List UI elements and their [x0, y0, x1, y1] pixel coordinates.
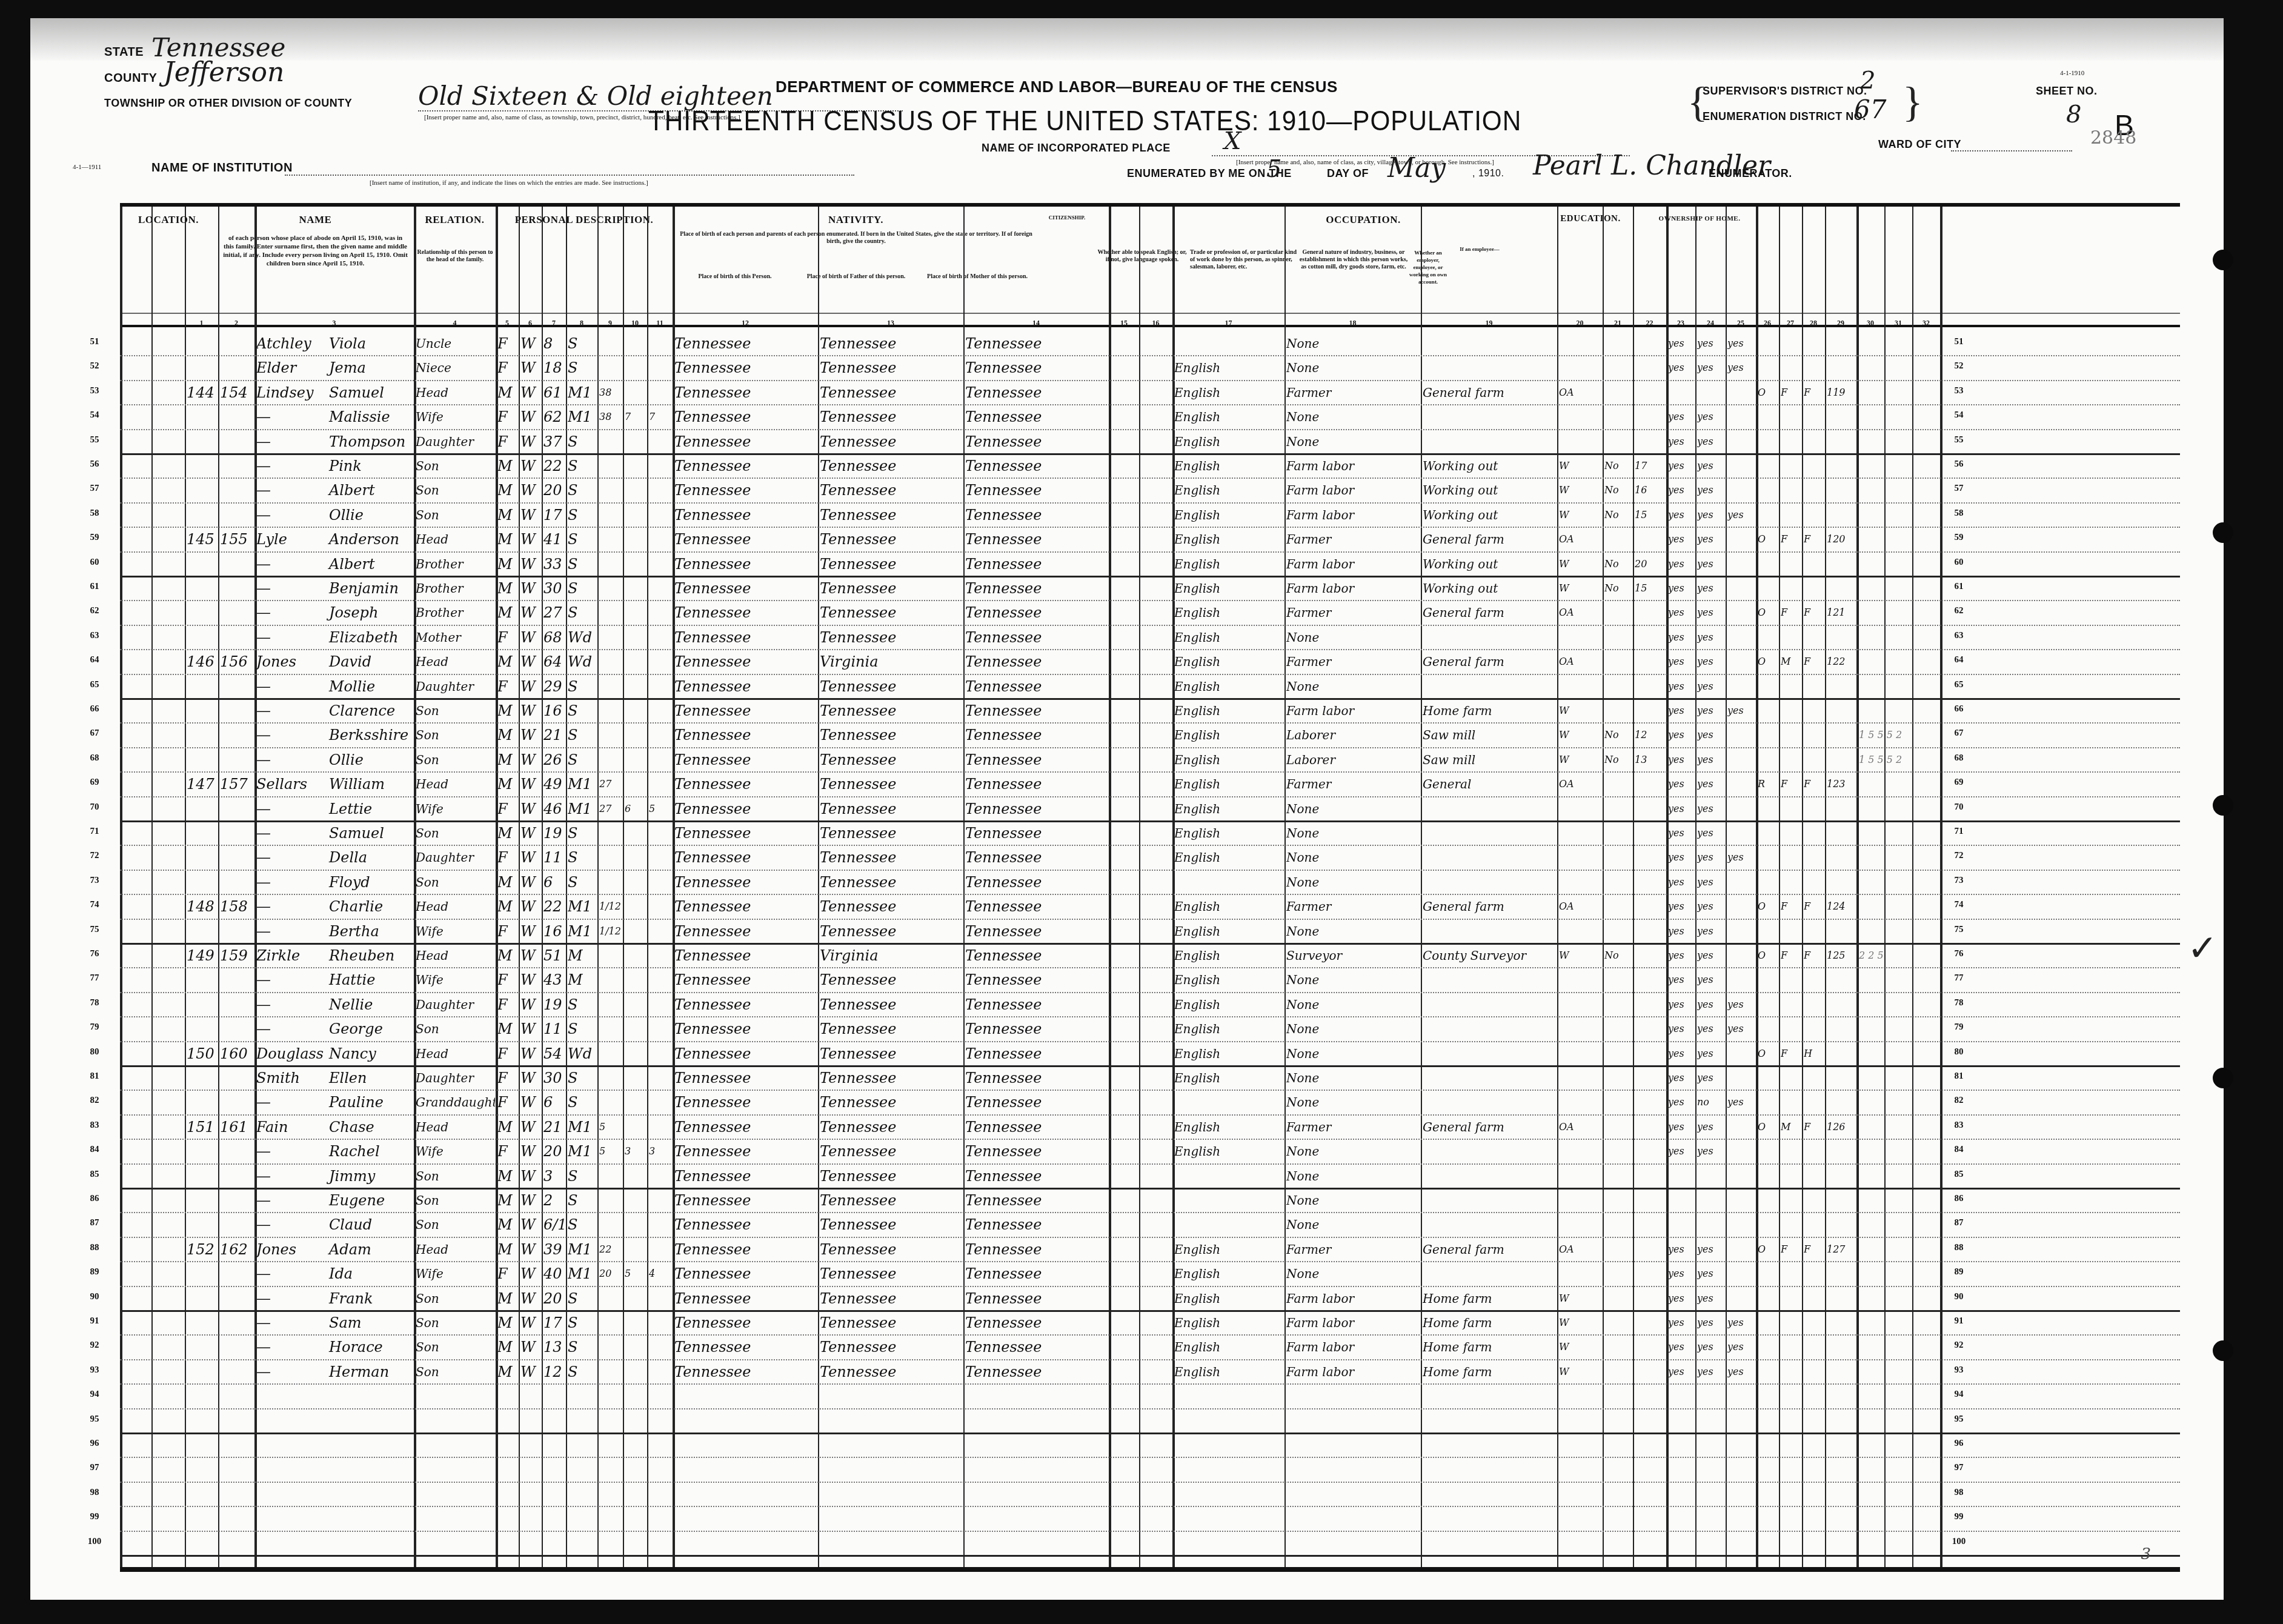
- sex-cell: M: [497, 944, 518, 967]
- column-divider: [1726, 207, 1727, 1567]
- pob-mother-cell: Tennessee: [965, 1213, 1108, 1236]
- read-cell: yes: [1668, 626, 1695, 649]
- school-cell: yes: [1727, 1360, 1755, 1383]
- enumerator-label: ENUMERATOR.: [1709, 167, 1792, 180]
- sex-cell: M: [497, 1360, 518, 1383]
- relation-cell: Son: [416, 454, 495, 478]
- pob-mother-cell: Tennessee: [965, 748, 1108, 771]
- census-title: THIRTEENTH CENSUS OF THE UNITED STATES: …: [648, 104, 1521, 137]
- trade-cell: Farmer: [1286, 895, 1420, 918]
- trade-cell: Surveyor: [1286, 944, 1420, 967]
- pob-cell: Tennessee: [674, 479, 817, 502]
- line-number: 80: [1947, 1047, 1971, 1057]
- pob-mother-cell: Tennessee: [965, 381, 1108, 404]
- emp-cell: W: [1559, 577, 1602, 600]
- out-work-cell: No: [1604, 944, 1632, 967]
- year-suffix: , 1910.: [1472, 168, 1504, 179]
- name-cell: —Lettie: [256, 797, 413, 820]
- age-cell: 40: [543, 1262, 565, 1285]
- dwelling-cell: 149: [187, 944, 218, 967]
- yrs-married-cell: 38: [599, 405, 622, 428]
- relation-cell: Daughter: [416, 993, 495, 1016]
- census-sheet: STATE Tennessee COUNTY Jefferson TOWNSHI…: [30, 18, 2224, 1600]
- relation-cell: Son: [416, 1360, 495, 1383]
- ward-label: WARD OF CITY: [1878, 138, 1961, 151]
- born-cell: 7: [625, 405, 646, 428]
- line-number: 55: [1947, 435, 1971, 445]
- name-cell: —Claud: [256, 1213, 413, 1236]
- line-number: 64: [82, 655, 107, 665]
- name-cell: DouglassNancy: [256, 1042, 413, 1065]
- relation-cell: Wife: [416, 920, 495, 943]
- relation-cell: Head: [416, 773, 495, 796]
- pob-father-cell: Tennessee: [820, 1091, 963, 1114]
- sex-cell: M: [497, 454, 518, 478]
- pob-mother-cell: Tennessee: [965, 405, 1108, 428]
- trade-cell: Farmer: [1286, 773, 1420, 796]
- free-mort-cell: F: [1781, 773, 1801, 796]
- pob-father-cell: Tennessee: [820, 626, 963, 649]
- write-cell: no: [1697, 1091, 1725, 1114]
- surname: —: [256, 871, 329, 894]
- school-cell: yes: [1727, 699, 1755, 722]
- write-cell: yes: [1697, 724, 1725, 747]
- pob-father-cell: Tennessee: [820, 1140, 963, 1163]
- trade-cell: Farm labor: [1286, 577, 1420, 600]
- sex-cell: M: [497, 553, 518, 576]
- out-work-cell: No: [1604, 553, 1632, 576]
- given-name: Elizabeth: [329, 629, 399, 646]
- race-cell: W: [520, 626, 541, 649]
- pob-mother-cell: Tennessee: [965, 1017, 1108, 1040]
- english-cell: English: [1174, 1287, 1284, 1310]
- surname: —: [256, 430, 329, 453]
- age-cell: 68: [543, 626, 565, 649]
- race-cell: W: [520, 332, 541, 355]
- race-cell: W: [520, 381, 541, 404]
- name-cell: —Sam: [256, 1311, 413, 1334]
- line-number: 53: [1947, 386, 1971, 396]
- trade-cell: None: [1286, 1091, 1420, 1114]
- pob-father-cell: Tennessee: [820, 846, 963, 869]
- department-title: DEPARTMENT OF COMMERCE AND LABOR—BUREAU …: [776, 78, 1338, 96]
- line-number: 73: [82, 876, 107, 886]
- given-name: Hattie: [329, 971, 375, 988]
- trade-cell: Farmer: [1286, 650, 1420, 673]
- pob-cell: Tennessee: [674, 1189, 817, 1212]
- farm-sched-cell: 124: [1827, 895, 1856, 918]
- scan-shadow: [30, 18, 2224, 61]
- given-name: Albert: [329, 482, 375, 499]
- pob-mother-cell: Tennessee: [965, 822, 1108, 845]
- sex-cell: F: [497, 1091, 518, 1114]
- pob-father-cell: Tennessee: [820, 454, 963, 478]
- industry-cell: Working out: [1423, 504, 1557, 527]
- relation-cell: Son: [416, 748, 495, 771]
- name-cell: —Jimmy: [256, 1165, 413, 1188]
- race-cell: W: [520, 968, 541, 991]
- pob-father-cell: Virginia: [820, 944, 963, 967]
- trade-cell: Farmer: [1286, 1238, 1420, 1261]
- section-ownership: OWNERSHIP OF HOME.: [1642, 215, 1757, 222]
- pob-cell: Tennessee: [674, 504, 817, 527]
- given-name: Charlie: [329, 898, 383, 915]
- surname: —: [256, 675, 329, 698]
- column-divider: [151, 207, 153, 1567]
- column-number: 1: [185, 319, 218, 328]
- surname: —: [256, 846, 329, 869]
- column-number: 30: [1856, 319, 1884, 328]
- emp-cell: W: [1559, 1311, 1602, 1334]
- given-name: Viola: [329, 335, 366, 352]
- own-cell: O: [1758, 1116, 1778, 1139]
- sex-cell: F: [497, 993, 518, 1016]
- marital-cell: S: [568, 1213, 597, 1236]
- pob-cell: Tennessee: [674, 650, 817, 673]
- pob-cell: Tennessee: [674, 1238, 817, 1261]
- surname: Elder: [256, 356, 329, 379]
- trade-cell: None: [1286, 871, 1420, 894]
- line-number: 67: [82, 728, 107, 739]
- read-cell: yes: [1668, 1116, 1695, 1139]
- sex-cell: M: [497, 1336, 518, 1359]
- relation-cell: Son: [416, 1287, 495, 1310]
- relation-cell: Son: [416, 1017, 495, 1040]
- marital-cell: S: [568, 332, 597, 355]
- trade-cell: None: [1286, 822, 1420, 845]
- english-cell: English: [1174, 699, 1284, 722]
- surname: —: [256, 920, 329, 943]
- row-rule: [120, 1383, 2180, 1385]
- surname: —: [256, 724, 329, 747]
- age-cell: 21: [543, 1116, 565, 1139]
- line-number: 96: [1947, 1439, 1971, 1449]
- section-location: LOCATION.: [120, 214, 217, 226]
- free-mort-cell: F: [1781, 944, 1801, 967]
- line-number: 82: [82, 1096, 107, 1106]
- sex-cell: M: [497, 381, 518, 404]
- column-divider: [1284, 207, 1286, 1567]
- pob-mother-cell: Tennessee: [965, 871, 1108, 894]
- pob-father-cell: Tennessee: [820, 773, 963, 796]
- industry-cell: Working out: [1423, 454, 1557, 478]
- dwelling-cell: 150: [187, 1042, 218, 1065]
- pob-mother-cell: Tennessee: [965, 1360, 1108, 1383]
- race-cell: W: [520, 479, 541, 502]
- sex-cell: F: [497, 430, 518, 453]
- race-cell: W: [520, 748, 541, 771]
- weeks-out-cell: 12: [1635, 724, 1666, 747]
- read-cell: yes: [1668, 993, 1695, 1016]
- sex-cell: M: [497, 699, 518, 722]
- read-cell: yes: [1668, 944, 1695, 967]
- relation-cell: Wife: [416, 1140, 495, 1163]
- pob-father-cell: Tennessee: [820, 1238, 963, 1261]
- pob-father-cell: Tennessee: [820, 968, 963, 991]
- family-cell: 159: [220, 944, 254, 967]
- read-cell: yes: [1668, 1017, 1695, 1040]
- line-number: 68: [82, 753, 107, 764]
- column-number: 13: [818, 319, 963, 328]
- column-number: 24: [1695, 319, 1726, 328]
- marital-cell: S: [568, 871, 597, 894]
- relation-cell: Son: [416, 504, 495, 527]
- section-citizenship: CITIZENSHIP.: [1039, 214, 1095, 221]
- enumerated-month: May: [1387, 153, 1446, 184]
- sex-cell: F: [497, 1262, 518, 1285]
- marital-cell: S: [568, 504, 597, 527]
- pob-father-cell: Virginia: [820, 650, 963, 673]
- farm-house-cell: F: [1804, 528, 1824, 551]
- line-number: 62: [1947, 606, 1971, 616]
- column-number: 31: [1884, 319, 1912, 328]
- read-cell: yes: [1668, 895, 1695, 918]
- dwelling-cell: 145: [187, 528, 218, 551]
- relation-cell: Son: [416, 1165, 495, 1188]
- row-rule: [120, 1433, 2180, 1434]
- header-c18: Trade or profession of, or particular ki…: [1190, 249, 1299, 271]
- line-number: 59: [82, 533, 107, 543]
- line-number: 65: [1947, 680, 1971, 690]
- name-cell: —Hattie: [256, 968, 413, 991]
- trade-cell: None: [1286, 797, 1420, 820]
- stamp-number: 2848: [2090, 127, 2136, 148]
- column-number: 21: [1603, 319, 1633, 328]
- marital-cell: Wd: [568, 626, 597, 649]
- line-number: 75: [82, 925, 107, 935]
- english-cell: English: [1174, 1017, 1284, 1040]
- write-cell: yes: [1697, 601, 1725, 624]
- marital-cell: S: [568, 430, 597, 453]
- english-cell: English: [1174, 993, 1284, 1016]
- write-cell: yes: [1697, 1116, 1725, 1139]
- column-divider: [566, 207, 567, 1567]
- write-cell: yes: [1697, 920, 1725, 943]
- trade-cell: Laborer: [1286, 724, 1420, 747]
- industry-cell: General farm: [1423, 1116, 1557, 1139]
- section-relation: RELATION.: [414, 214, 496, 226]
- pob-mother-cell: Tennessee: [965, 1336, 1108, 1359]
- race-cell: W: [520, 944, 541, 967]
- living-cell: 4: [649, 1262, 672, 1285]
- race-cell: W: [520, 1287, 541, 1310]
- line-number: 94: [82, 1389, 107, 1400]
- trade-cell: Farm labor: [1286, 699, 1420, 722]
- read-cell: yes: [1668, 748, 1695, 771]
- dwelling-cell: 152: [187, 1238, 218, 1261]
- pob-cell: Tennessee: [674, 1287, 817, 1310]
- trade-cell: None: [1286, 675, 1420, 698]
- pob-mother-cell: Tennessee: [965, 1165, 1108, 1188]
- margin-annotation: 2 2 5: [1859, 944, 1938, 967]
- pob-cell: Tennessee: [674, 1116, 817, 1139]
- race-cell: W: [520, 405, 541, 428]
- given-name: Della: [329, 849, 367, 866]
- sex-cell: M: [497, 1017, 518, 1040]
- race-cell: W: [520, 1091, 541, 1114]
- family-cell: 157: [220, 773, 254, 796]
- relation-cell: Wife: [416, 1262, 495, 1285]
- pob-father-cell: Tennessee: [820, 1165, 963, 1188]
- pob-cell: Tennessee: [674, 797, 817, 820]
- pob-mother-cell: Tennessee: [965, 920, 1108, 943]
- age-cell: 2: [543, 1189, 565, 1212]
- age-cell: 43: [543, 968, 565, 991]
- name-cell: —Della: [256, 846, 413, 869]
- section-name: NAME: [217, 214, 414, 226]
- line-number: 98: [82, 1488, 107, 1498]
- race-cell: W: [520, 1140, 541, 1163]
- pob-father-cell: Tennessee: [820, 1213, 963, 1236]
- header-employee-group: If an employee—: [1448, 245, 1511, 253]
- pob-cell: Tennessee: [674, 920, 817, 943]
- yrs-married-cell: 27: [599, 797, 622, 820]
- pob-cell: Tennessee: [674, 675, 817, 698]
- name-cell: —Pink: [256, 454, 413, 478]
- line-number: 92: [82, 1340, 107, 1351]
- column-divider: [542, 207, 543, 1567]
- emp-cell: W: [1559, 1360, 1602, 1383]
- english-cell: English: [1174, 479, 1284, 502]
- surname: —: [256, 1213, 329, 1236]
- pob-cell: Tennessee: [674, 748, 817, 771]
- name-cell: —Ollie: [256, 748, 413, 771]
- relation-cell: Brother: [416, 553, 495, 576]
- pob-cell: Tennessee: [674, 724, 817, 747]
- surname: —: [256, 748, 329, 771]
- line-number: 60: [82, 557, 107, 568]
- line-number: 83: [82, 1120, 107, 1131]
- name-cell: —Horace: [256, 1336, 413, 1359]
- english-cell: English: [1174, 356, 1284, 379]
- pob-cell: Tennessee: [674, 895, 817, 918]
- read-cell: yes: [1668, 553, 1695, 576]
- race-cell: W: [520, 1311, 541, 1334]
- english-cell: English: [1174, 1140, 1284, 1163]
- marital-cell: M1: [568, 1140, 597, 1163]
- race-cell: W: [520, 1042, 541, 1065]
- line-number: 87: [1947, 1218, 1971, 1228]
- surname: —: [256, 1336, 329, 1359]
- industry-cell: General farm: [1423, 650, 1557, 673]
- english-cell: English: [1174, 1042, 1284, 1065]
- school-cell: yes: [1727, 1311, 1755, 1334]
- emp-cell: OA: [1559, 601, 1602, 624]
- weeks-out-cell: 13: [1635, 748, 1666, 771]
- marital-cell: Wd: [568, 1042, 597, 1065]
- pob-father-cell: Tennessee: [820, 405, 963, 428]
- line-number: 81: [1947, 1071, 1971, 1082]
- relation-cell: Wife: [416, 968, 495, 991]
- pob-father-cell: Tennessee: [820, 553, 963, 576]
- line-number: 88: [82, 1243, 107, 1253]
- line-number: 97: [1947, 1463, 1971, 1473]
- trade-cell: None: [1286, 1017, 1420, 1040]
- read-cell: yes: [1668, 1336, 1695, 1359]
- line-number: 73: [1947, 876, 1971, 886]
- given-name: Malissie: [329, 408, 390, 425]
- relation-cell: Head: [416, 650, 495, 673]
- write-cell: yes: [1697, 1238, 1725, 1261]
- given-name: Bertha: [329, 923, 379, 940]
- sex-cell: F: [497, 626, 518, 649]
- surname: Lindsey: [256, 381, 329, 404]
- line-number: 51: [1947, 337, 1971, 347]
- emp-cell: OA: [1559, 528, 1602, 551]
- pob-mother-cell: Tennessee: [965, 724, 1108, 747]
- own-cell: R: [1758, 773, 1778, 796]
- trade-cell: Farm labor: [1286, 1360, 1420, 1383]
- industry-cell: County Surveyor: [1423, 944, 1557, 967]
- read-cell: yes: [1668, 675, 1695, 698]
- surname: —: [256, 1165, 329, 1188]
- pob-cell: Tennessee: [674, 1213, 817, 1236]
- line-number: 76: [82, 949, 107, 959]
- marital-cell: M1: [568, 405, 597, 428]
- english-cell: English: [1174, 797, 1284, 820]
- relation-cell: Son: [416, 724, 495, 747]
- line-number: 99: [82, 1512, 107, 1522]
- name-cell: —Clarence: [256, 699, 413, 722]
- dwelling-cell: 148: [187, 895, 218, 918]
- race-cell: W: [520, 1067, 541, 1090]
- industry-cell: General farm: [1423, 1238, 1557, 1261]
- surname: —: [256, 626, 329, 649]
- emp-cell: OA: [1559, 1116, 1602, 1139]
- write-cell: yes: [1697, 1287, 1725, 1310]
- line-number: 56: [82, 459, 107, 470]
- trade-cell: Farmer: [1286, 601, 1420, 624]
- marital-cell: S: [568, 1311, 597, 1334]
- line-number: 74: [82, 900, 107, 910]
- english-cell: English: [1174, 504, 1284, 527]
- line-number: 94: [1947, 1389, 1971, 1400]
- given-name: Joseph: [329, 604, 378, 621]
- line-number: 63: [1947, 631, 1971, 641]
- name-cell: —Mollie: [256, 675, 413, 698]
- pob-mother-cell: Tennessee: [965, 944, 1108, 967]
- write-cell: yes: [1697, 1311, 1725, 1334]
- emp-cell: OA: [1559, 650, 1602, 673]
- column-divider: [1421, 207, 1422, 1567]
- institution-line: [285, 175, 854, 176]
- race-cell: W: [520, 528, 541, 551]
- trade-cell: None: [1286, 968, 1420, 991]
- pob-cell: Tennessee: [674, 1042, 817, 1065]
- farm-sched-cell: 119: [1827, 381, 1856, 404]
- family-cell: 154: [220, 381, 254, 404]
- relation-cell: Head: [416, 1116, 495, 1139]
- marital-cell: M1: [568, 895, 597, 918]
- race-cell: W: [520, 1238, 541, 1261]
- english-cell: English: [1174, 405, 1284, 428]
- column-divider: [1779, 207, 1780, 1567]
- given-name: Pauline: [329, 1094, 384, 1111]
- sex-cell: M: [497, 871, 518, 894]
- section-nativity: NATIVITY.: [673, 214, 1039, 226]
- trade-cell: None: [1286, 993, 1420, 1016]
- relation-cell: Head: [416, 528, 495, 551]
- column-divider: [963, 207, 965, 1567]
- english-cell: English: [1174, 528, 1284, 551]
- race-cell: W: [520, 699, 541, 722]
- read-cell: yes: [1668, 1140, 1695, 1163]
- pob-cell: Tennessee: [674, 1067, 817, 1090]
- industry-cell: Home farm: [1423, 1360, 1557, 1383]
- pob-father-cell: Tennessee: [820, 381, 963, 404]
- race-cell: W: [520, 1017, 541, 1040]
- line-number: 80: [82, 1047, 107, 1057]
